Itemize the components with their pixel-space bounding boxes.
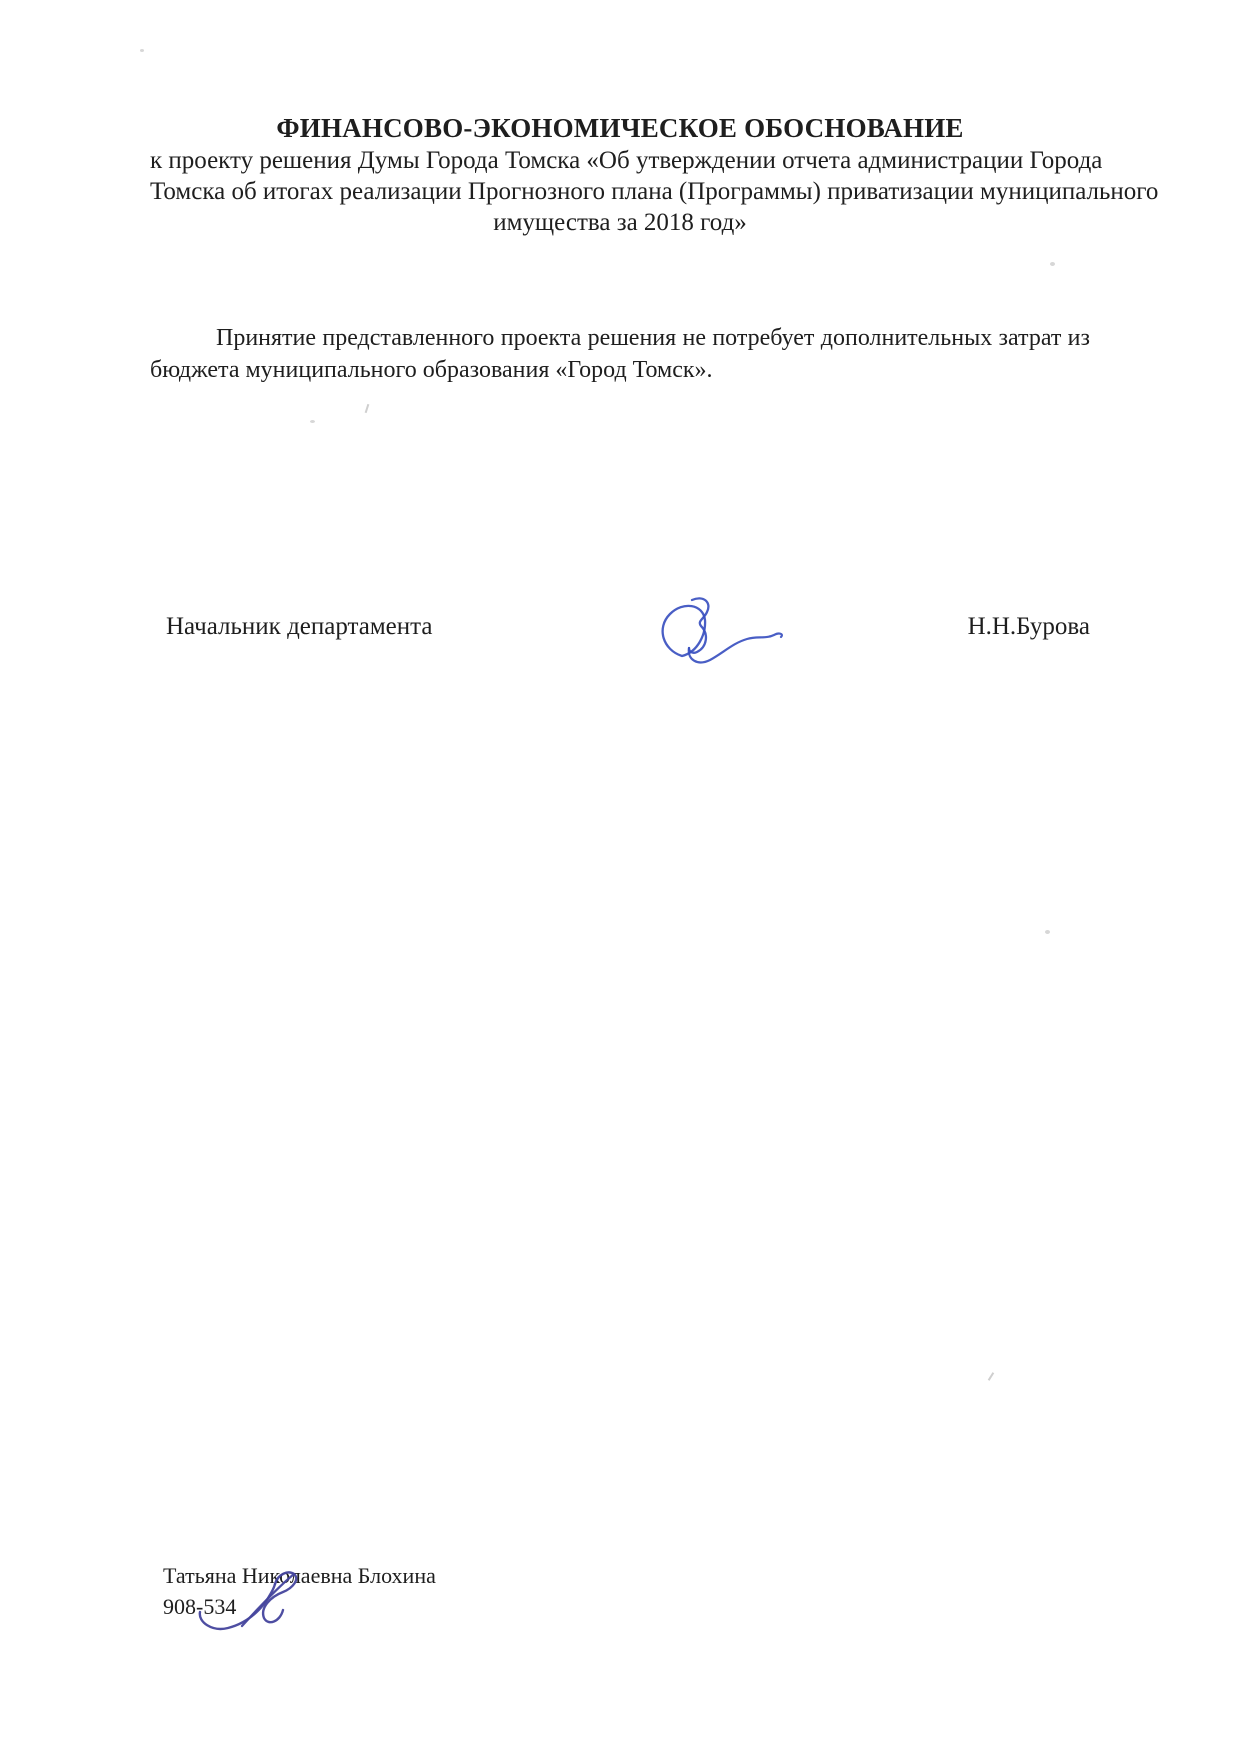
document-header: ФИНАНСОВО-ЭКОНОМИЧЕСКОЕ ОБОСНОВАНИЕ к пр… — [150, 112, 1090, 238]
document-subtitle-line-3: имущества за 2018 год» — [150, 207, 1090, 238]
document-page: ФИНАНСОВО-ЭКОНОМИЧЕСКОЕ ОБОСНОВАНИЕ к пр… — [0, 0, 1240, 1753]
scan-artifact — [310, 420, 315, 423]
contact-name: Татьяна Николаевна Блохина — [163, 1560, 436, 1591]
document-subtitle-line-2: Томска об итогах реализации Прогнозного … — [150, 176, 1090, 207]
scan-artifact — [140, 49, 144, 52]
scan-artifact — [988, 1372, 994, 1381]
document-title: ФИНАНСОВО-ЭКОНОМИЧЕСКОЕ ОБОСНОВАНИЕ — [150, 112, 1090, 145]
signature-row: Начальник департамента Н.Н.Бурова — [166, 612, 1090, 642]
body-paragraph-line-2: бюджета муниципального образования «Горо… — [150, 354, 1090, 386]
body-paragraph-line-1: Принятие представленного проекта решения… — [150, 322, 1090, 354]
signer-position-title: Начальник департамента — [166, 612, 432, 642]
signer-name: Н.Н.Бурова — [968, 612, 1090, 642]
scan-artifact — [1050, 262, 1055, 266]
document-subtitle-line-1: к проекту решения Думы Города Томска «Об… — [150, 145, 1090, 176]
body-paragraph: Принятие представленного проекта решения… — [150, 322, 1090, 386]
scan-artifact — [365, 404, 370, 413]
scan-artifact — [1045, 930, 1050, 934]
contact-footer: Татьяна Николаевна Блохина 908-534 — [163, 1560, 436, 1622]
contact-phone: 908-534 — [163, 1591, 436, 1622]
